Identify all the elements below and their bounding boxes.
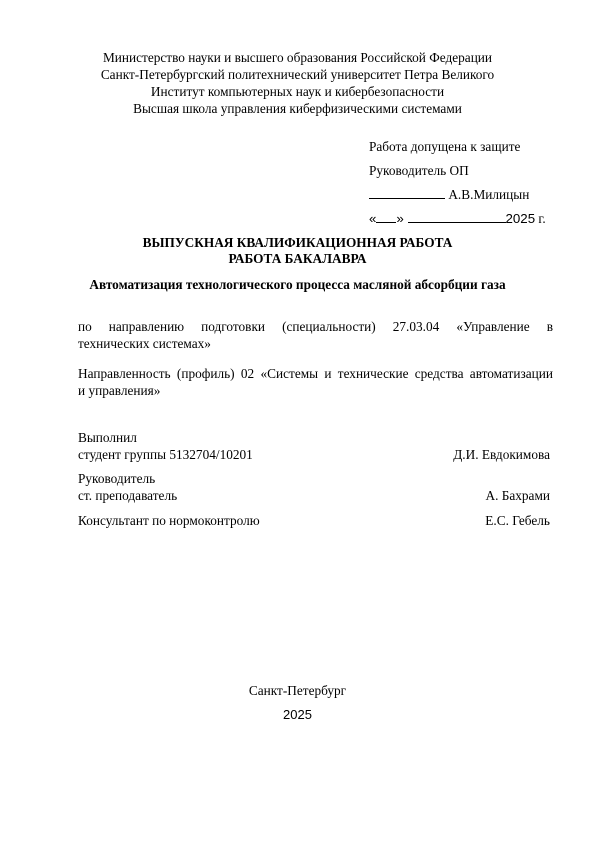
- profile-line-1: Направленность (профиль) 02 «Системы и т…: [78, 365, 553, 382]
- approval-head-label: Руководитель ОП: [369, 162, 469, 179]
- date-open-quote: «: [369, 211, 376, 226]
- signature-norm-control: Консультант по нормоконтролю Е.С. Гебель: [78, 512, 550, 529]
- approval-date-line: «» 2025 г.: [369, 210, 546, 227]
- date-year-suffix: г.: [535, 211, 546, 226]
- approval-admitted: Работа допущена к защите: [369, 138, 520, 155]
- signature-student: Выполнил студент группы 5132704/10201 Д.…: [78, 429, 550, 463]
- university-line: Санкт-Петербургский политехнический унив…: [0, 66, 595, 83]
- signature-blank: [369, 186, 445, 199]
- supervisor-position: ст. преподаватель: [78, 487, 550, 504]
- supervisor-name: А. Бахрами: [485, 487, 550, 504]
- document-type-title: ВЫПУСКНАЯ КВАЛИФИКАЦИОННАЯ РАБОТА: [0, 234, 595, 251]
- direction-paragraph: по направлению подготовки (специальности…: [78, 318, 553, 352]
- profile-line-2: и управления»: [78, 382, 553, 399]
- date-close-quote: »: [396, 211, 403, 226]
- footer-city: Санкт-Петербург: [0, 682, 595, 699]
- approval-signature-line: А.В.Милицын: [369, 186, 529, 203]
- approval-head-name: А.В.Милицын: [448, 187, 529, 202]
- institute-line: Институт компьютерных наук и кибербезопа…: [0, 83, 595, 100]
- student-name: Д.И. Евдокимова: [453, 446, 550, 463]
- degree-title: РАБОТА БАКАЛАВРА: [0, 250, 595, 267]
- footer-year: 2025: [0, 706, 595, 723]
- signature-supervisor: Руководитель ст. преподаватель А. Бахрам…: [78, 470, 550, 504]
- school-line: Высшая школа управления киберфизическими…: [0, 100, 595, 117]
- supervisor-role: Руководитель: [78, 470, 550, 487]
- direction-line-2: технических системах»: [78, 335, 553, 352]
- thesis-topic: Автоматизация технологического процесса …: [0, 276, 595, 293]
- date-year: 2025: [506, 211, 536, 226]
- norm-control-role: Консультант по нормоконтролю: [78, 512, 550, 529]
- profile-paragraph: Направленность (профиль) 02 «Системы и т…: [78, 365, 553, 399]
- direction-line-1: по направлению подготовки (специальности…: [78, 318, 553, 335]
- date-day-blank: [376, 210, 396, 223]
- ministry-line: Министерство науки и высшего образования…: [0, 49, 595, 66]
- date-month-blank: [408, 210, 506, 223]
- student-role: Выполнил: [78, 429, 550, 446]
- institution-header: Министерство науки и высшего образования…: [0, 49, 595, 117]
- norm-control-name: Е.С. Гебель: [485, 512, 550, 529]
